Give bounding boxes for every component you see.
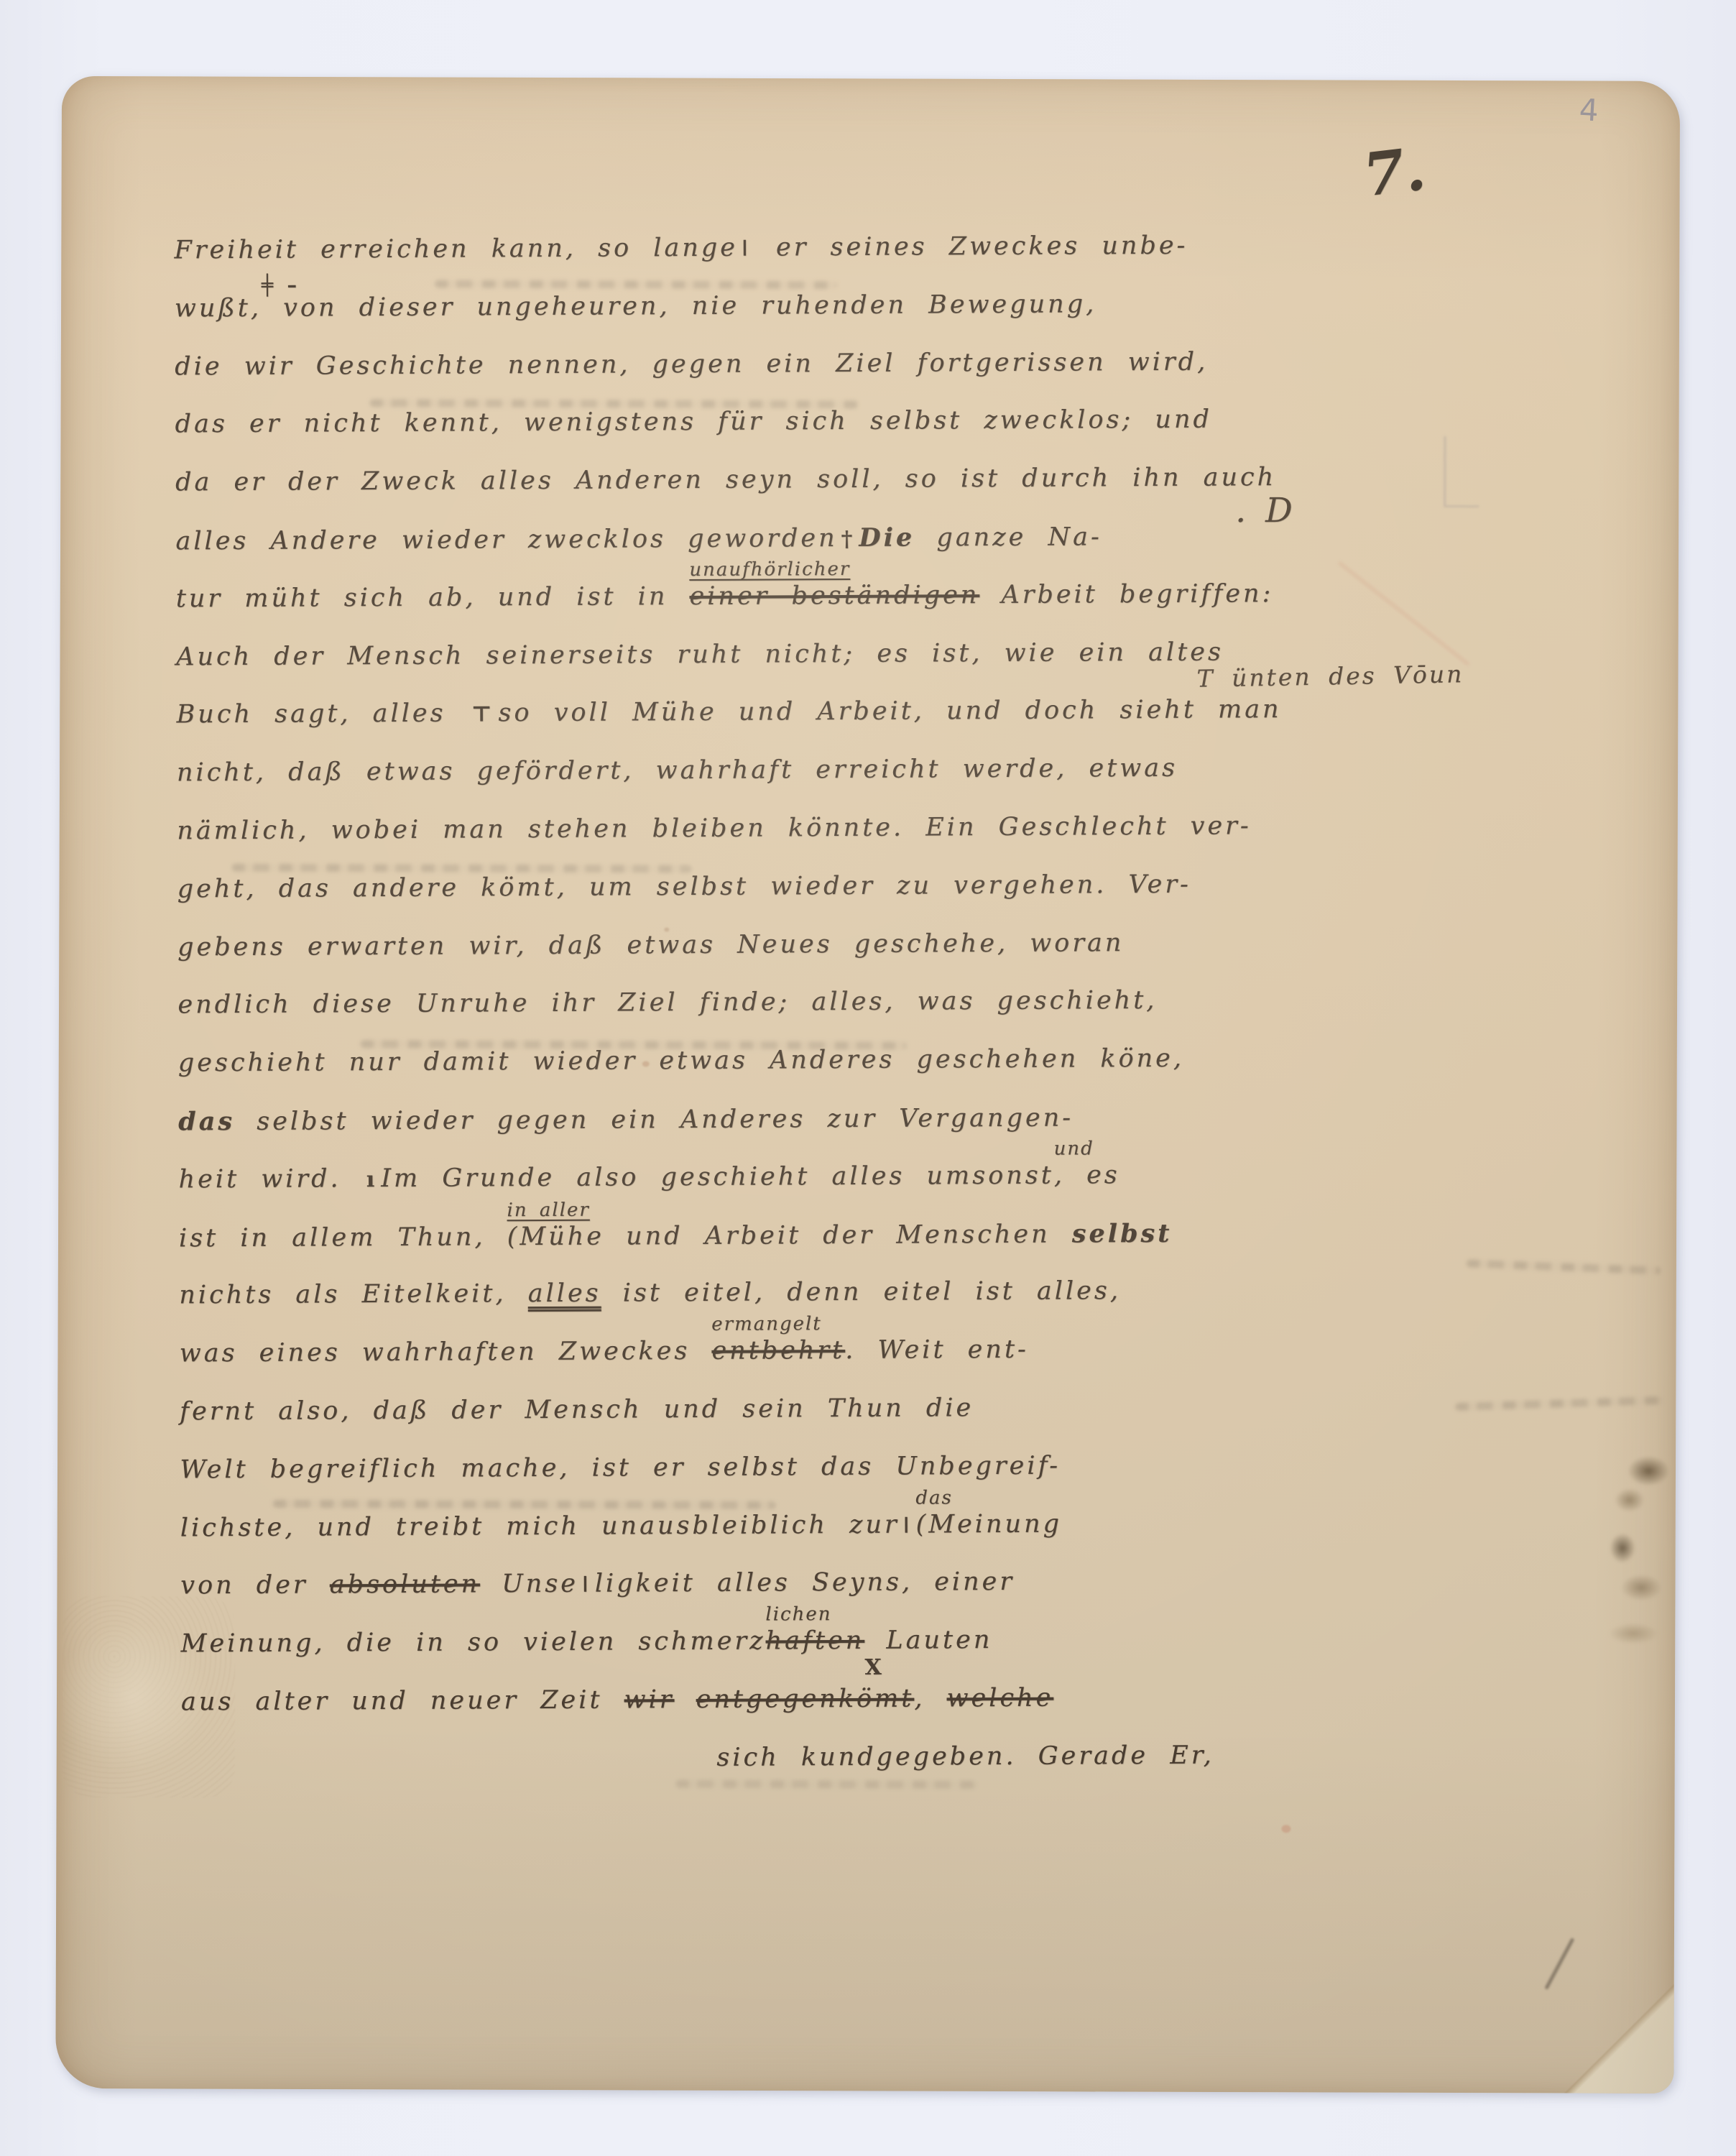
text-segment: selbst (1072, 1219, 1173, 1249)
text-segment: die wir Geschichte nennen, gegen ein Zie… (175, 348, 1208, 382)
manuscript-line: das selbst wieder gegen ein Anderes zur … (178, 1103, 1074, 1145)
text-segment: aus alter und neuer Zeit (181, 1685, 624, 1716)
text-segment: Arbeit begriffen: (979, 579, 1273, 609)
manuscript-line: was eines wahrhaften Zweckes ermangelten… (180, 1335, 1029, 1377)
text-segment: geschieht nur damit wieder etwas Anderes… (178, 1044, 1184, 1078)
text-segment: von dieser ungeheuren, nie ruhenden Bewe… (262, 290, 1096, 322)
text-segment: welche (946, 1684, 1053, 1713)
manuscript-line: wußt,╪ – von dieser ungeheuren, nie ruhe… (175, 290, 1097, 331)
text-segment: , (914, 1684, 946, 1713)
text-segment: wußt, (175, 294, 262, 323)
text-segment: haften (765, 1626, 864, 1656)
pencil-folio-number: 4 (1579, 92, 1599, 128)
manuscript-line: ist in allem Thun, in aller(Mühe und Arb… (179, 1219, 1173, 1261)
text-segment: nicht, daß etwas gefördert, wahrhaft err… (177, 754, 1178, 788)
text-segment: Meinung, die in so vielen schmerz (181, 1627, 766, 1659)
text-segment: lichste, und treibt mich unausbleiblich … (180, 1511, 900, 1543)
scan-background: 4 7. . D T ünten des Vōun Freiheit errei… (0, 0, 1736, 2156)
text-segment: nichts als Eitelkeit, (179, 1279, 528, 1309)
text-segment: (Mühe und Arbeit der Menschen (507, 1220, 1072, 1252)
text-segment: tur müht sich ab, und ist in (176, 582, 690, 613)
manuscript-line: da er der Zweck alles Anderen seyn soll,… (175, 463, 1276, 505)
text-segment: Im Grunde also geschieht alles umsonst (381, 1161, 1054, 1193)
manuscript-line: Buch sagt, alles ⊤so voll Mühe und Arbei… (176, 695, 1281, 737)
text-segment: endlich diese Unruhe ihr Ziel finde; all… (177, 986, 1157, 1019)
text-segment: geht, das andere kömt, um selbst wieder … (177, 870, 1191, 904)
text-segment: wir (624, 1685, 675, 1714)
text-segment: ist eitel, denn eitel ist alles, (601, 1276, 1122, 1307)
text-segment: einer beständigen (689, 581, 979, 611)
text-segment (674, 1685, 696, 1714)
manuscript-line: das er nicht kennt, wenigstens für sich … (175, 405, 1212, 448)
text-segment: so voll Mühe und Arbeit, und doch sieht … (498, 695, 1281, 727)
manuscript-line: gebens erwarten wir, daß etwas Neues ges… (177, 929, 1125, 970)
text-segment: † (838, 527, 859, 552)
text-segment: er seines Zweckes unbe- (754, 231, 1188, 262)
text-segment: . Weit ent- (845, 1335, 1029, 1365)
manuscript-line: geht, das andere kömt, um selbst wieder … (177, 870, 1191, 913)
text-segment: ǀ (578, 1572, 595, 1598)
text-segment: das er nicht kennt, wenigstens für sich … (175, 405, 1212, 439)
manuscript-line: endlich diese Unruhe ihr Ziel finde; all… (177, 986, 1157, 1028)
manuscript-line: von der absoluten Unseǀligkeit alles Sey… (180, 1567, 1015, 1608)
text-block: Freiheit erreichen kann, so langeǀ er se… (174, 229, 1547, 1961)
folded-corner (1553, 1978, 1674, 2093)
manuscript-line: tur müht sich ab, und ist in unaufhörlic… (176, 579, 1274, 622)
text-segment: sich kundgegeben. Gerade Er, (716, 1741, 1214, 1772)
text-segment: ligkeit alles Seyns, einer (595, 1567, 1015, 1598)
manuscript-line: Auch der Mensch seinerseits ruht nicht; … (176, 638, 1224, 681)
manuscript-line: nämlich, wobei man stehen bleiben könnte… (177, 811, 1252, 854)
manuscript-line: Meinung, die in so vielen schmerzlichenh… (181, 1626, 993, 1667)
text-segment: Welt begreiflich mache, ist er selbst da… (180, 1452, 1061, 1485)
text-segment: Unse (480, 1570, 578, 1599)
manuscript-line: geschieht nur damit wieder etwas Anderes… (178, 1044, 1184, 1087)
text-segment: Die (859, 523, 915, 553)
manuscript-line: nichts als Eitelkeit, alles ist eitel, d… (179, 1276, 1121, 1318)
text-segment: entgegenkömt (696, 1685, 915, 1714)
manuscript-line: lichste, und treibt mich unausbleiblich … (180, 1510, 1062, 1552)
text-segment: ganze Na- (915, 522, 1102, 552)
text-segment: (Meinung (915, 1510, 1062, 1539)
text-segment: gebens erwarten wir, daß etwas Neues ges… (177, 929, 1125, 962)
text-segment: ist in allem Thun, (179, 1222, 507, 1253)
text-segment: ı (363, 1167, 382, 1192)
text-segment: Lauten (864, 1626, 992, 1655)
manuscript-line: Freiheit erreichen kann, so langeǀ er se… (174, 231, 1188, 274)
text-segment: ǀ (738, 236, 754, 262)
ink-page-number: 7. (1359, 134, 1428, 210)
manuscript-line: heit wird. ıIm Grunde also geschieht all… (178, 1161, 1119, 1202)
text-segment: heit wird. (178, 1164, 362, 1194)
text-segment: Buch sagt, alles (176, 699, 467, 729)
text-segment: ǀ (900, 1514, 916, 1539)
text-segment: selbst wieder gegen ein Anderes zur Verg… (235, 1104, 1074, 1136)
text-segment: was eines wahrhaften Zweckes (180, 1337, 712, 1368)
text-segment: da er der Zweck alles Anderen seyn soll,… (175, 463, 1276, 497)
text-segment: nämlich, wobei man stehen bleiben könnte… (177, 811, 1252, 845)
text-segment: Auch der Mensch seinerseits ruht nicht; … (176, 638, 1224, 672)
manuscript-line: fernt also, daß der Mensch und sein Thun… (180, 1393, 974, 1434)
text-segment: alles Andere wieder zwecklos geworden (175, 524, 837, 556)
manuscript-line: alles Andere wieder zwecklos geworden†Di… (175, 522, 1102, 563)
text-segment: entbehrt (711, 1336, 845, 1365)
text-segment: Freiheit erreichen kann, so lange (174, 234, 738, 265)
manuscript-line: aus alter und neuer Zeit wir entgegenköm… (181, 1684, 1053, 1726)
ink-stain (1586, 1450, 1673, 1659)
manuscript-line: sich kundgegeben. Gerade Er, (716, 1741, 1214, 1781)
text-segment: fernt also, daß der Mensch und sein Thun… (180, 1393, 974, 1426)
text-segment: von der (180, 1570, 330, 1600)
text-segment: ⊤ (468, 701, 499, 727)
text-segment: alles (528, 1279, 601, 1308)
manuscript-line: die wir Geschichte nennen, gegen ein Zie… (175, 348, 1208, 390)
manuscript-page: 4 7. . D T ünten des Vōun Freiheit errei… (55, 76, 1680, 2093)
text-segment: das (178, 1107, 235, 1136)
text-segment: absoluten (330, 1570, 481, 1599)
text-segment: , es (1054, 1161, 1120, 1189)
manuscript-line: nicht, daß etwas gefördert, wahrhaft err… (177, 754, 1178, 796)
